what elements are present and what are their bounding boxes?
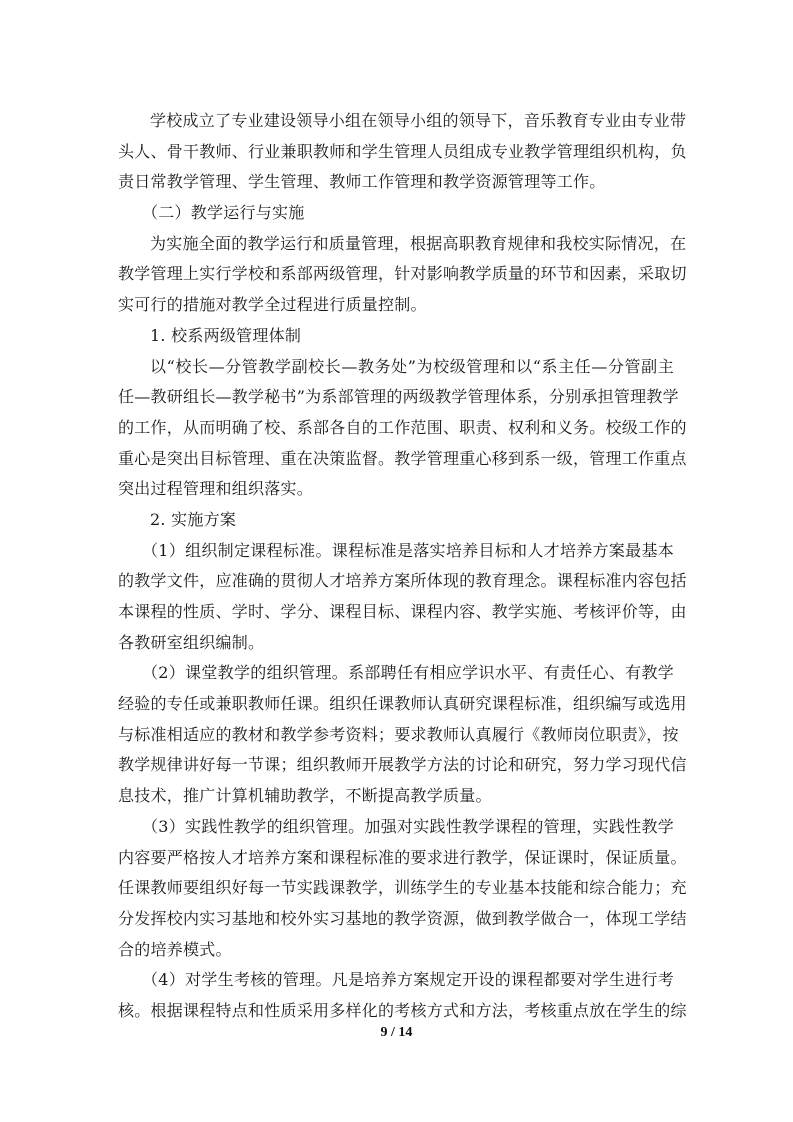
text-line: （2）课堂教学的组织管理。系部聘任有相应学识水平、有责任心、有教学: [118, 658, 674, 689]
text-line: （二）教学运行与实施: [118, 198, 674, 229]
text-line: 为实施全面的教学运行和质量管理，根据高职教育规律和我校实际情况，在: [118, 229, 674, 260]
text-line: 实可行的措施对教学全过程进行质量控制。: [118, 290, 674, 321]
text-line: 头人、骨干教师、行业兼职教师和学生管理人员组成专业教学管理组织机构，负: [118, 137, 674, 168]
text-line: 任课教师要组织好每一节实践课教学，训练学生的专业基本技能和综合能力；充: [118, 873, 674, 904]
text-line: 1. 校系两级管理体制: [118, 321, 674, 352]
text-line: 责日常教学管理、学生管理、教师工作管理和教学资源管理等工作。: [118, 167, 674, 198]
text-line: 与标准相适应的教材和教学参考资料；要求教师认真履行《教师岗位职责》，按: [118, 720, 674, 751]
text-line: 各教研室组织编制。: [118, 628, 674, 659]
text-line: 的教学文件，应准确的贯彻人才培养方案所体现的教育理念。课程标准内容包括: [118, 566, 674, 597]
text-line: 学校成立了专业建设领导小组在领导小组的领导下，音乐教育专业由专业带: [118, 106, 674, 137]
text-line: 核。根据课程特点和性质采用多样化的考核方式和方法，考核重点放在学生的综: [118, 996, 674, 1027]
document-body: 学校成立了专业建设领导小组在领导小组的领导下，音乐教育专业由专业带头人、骨干教师…: [118, 106, 674, 1027]
text-line: （1）组织制定课程标准。课程标准是落实培养目标和人才培养方案最基本: [118, 536, 674, 567]
text-line: 内容要严格按人才培养方案和课程标准的要求进行教学，保证课时，保证质量。: [118, 843, 674, 874]
text-line: 本课程的性质、学时、学分、课程目标、课程内容、教学实施、考核评价等，由: [118, 597, 674, 628]
text-line: （3）实践性教学的组织管理。加强对实践性教学课程的管理，实践性教学: [118, 812, 674, 843]
text-line: 的工作，从而明确了校、系部各自的工作范围、职责、权利和义务。校级工作的: [118, 413, 674, 444]
text-line: 分发挥校内实习基地和校外实习基地的教学资源，做到教学做合一，体现工学结: [118, 904, 674, 935]
text-line: 合的培养模式。: [118, 935, 674, 966]
text-line: 突出过程管理和组织落实。: [118, 474, 674, 505]
text-line: 任—教研组长—教学秘书”为系部管理的两级教学管理体系，分别承担管理教学: [118, 382, 674, 413]
text-line: 经验的专任或兼职教师任课。组织任课教师认真研究课程标准，组织编写或选用: [118, 689, 674, 720]
text-line: 教学管理上实行学校和系部两级管理，针对影响教学质量的环节和因素，采取切: [118, 259, 674, 290]
text-line: 2. 实施方案: [118, 505, 674, 536]
text-line: 重心是突出目标管理、重在决策监督。教学管理重心移到系一级，管理工作重点: [118, 444, 674, 475]
text-line: 教学规律讲好每一节课；组织教师开展教学方法的讨论和研究，努力学习现代信: [118, 750, 674, 781]
page-number: 9 / 14: [0, 1025, 793, 1041]
text-line: （4）对学生考核的管理。凡是培养方案规定开设的课程都要对学生进行考: [118, 965, 674, 996]
text-line: 以“校长—分管教学副校长—教务处”为校级管理和以“系主任—分管副主: [118, 352, 674, 383]
text-line: 息技术，推广计算机辅助教学，不断提高教学质量。: [118, 781, 674, 812]
